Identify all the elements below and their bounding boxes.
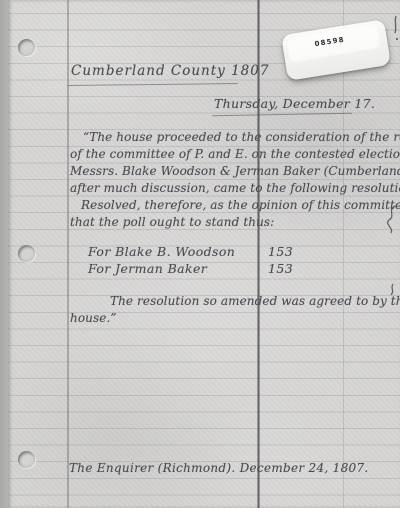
punch-hole-middle bbox=[18, 245, 35, 262]
tally-label: For Jerman Baker bbox=[88, 262, 207, 276]
punch-hole-top bbox=[18, 39, 35, 56]
scanned-page: 08598 Cumberland County 1807 Thursday, D… bbox=[0, 0, 400, 508]
closing-line-1: The resolution so amended was agreed to … bbox=[110, 294, 400, 308]
manuscript-line-6: that the poll ought to stand thus: bbox=[70, 215, 274, 229]
manuscript-line-1: “The house proceeded to the consideratio… bbox=[83, 130, 400, 144]
tally-value: 153 bbox=[268, 245, 293, 259]
margin-line bbox=[67, 0, 69, 508]
ink-mark-top bbox=[390, 14, 400, 44]
citation-line: The Enquirer (Richmond). December 24, 18… bbox=[69, 461, 369, 475]
manuscript-line-2: of the committee of P. and E. on the con… bbox=[70, 147, 400, 161]
tally-label: For Blake B. Woodson bbox=[88, 245, 235, 259]
tally-value: 153 bbox=[268, 262, 293, 276]
fold-line bbox=[343, 0, 344, 508]
scan-background-strip bbox=[0, 0, 8, 508]
manuscript-line-3: Messrs. Blake Woodson & Jerman Baker (Cu… bbox=[70, 164, 400, 178]
manuscript-line-4: after much discussion, came to the follo… bbox=[70, 181, 400, 195]
date-line: Thursday, December 17. bbox=[214, 97, 375, 111]
ink-mark-bottom bbox=[387, 282, 397, 298]
closing-line-2: house.” bbox=[70, 311, 117, 325]
manuscript-line-5: Resolved, therefore, as the opinion of t… bbox=[81, 198, 400, 212]
notebook-paper: 08598 Cumberland County 1807 Thursday, D… bbox=[8, 0, 400, 508]
ink-mark-middle bbox=[384, 204, 400, 236]
page-heading: Cumberland County 1807 bbox=[71, 64, 269, 78]
punch-hole-bottom bbox=[18, 451, 35, 468]
sticker-number: 08598 bbox=[283, 31, 377, 54]
